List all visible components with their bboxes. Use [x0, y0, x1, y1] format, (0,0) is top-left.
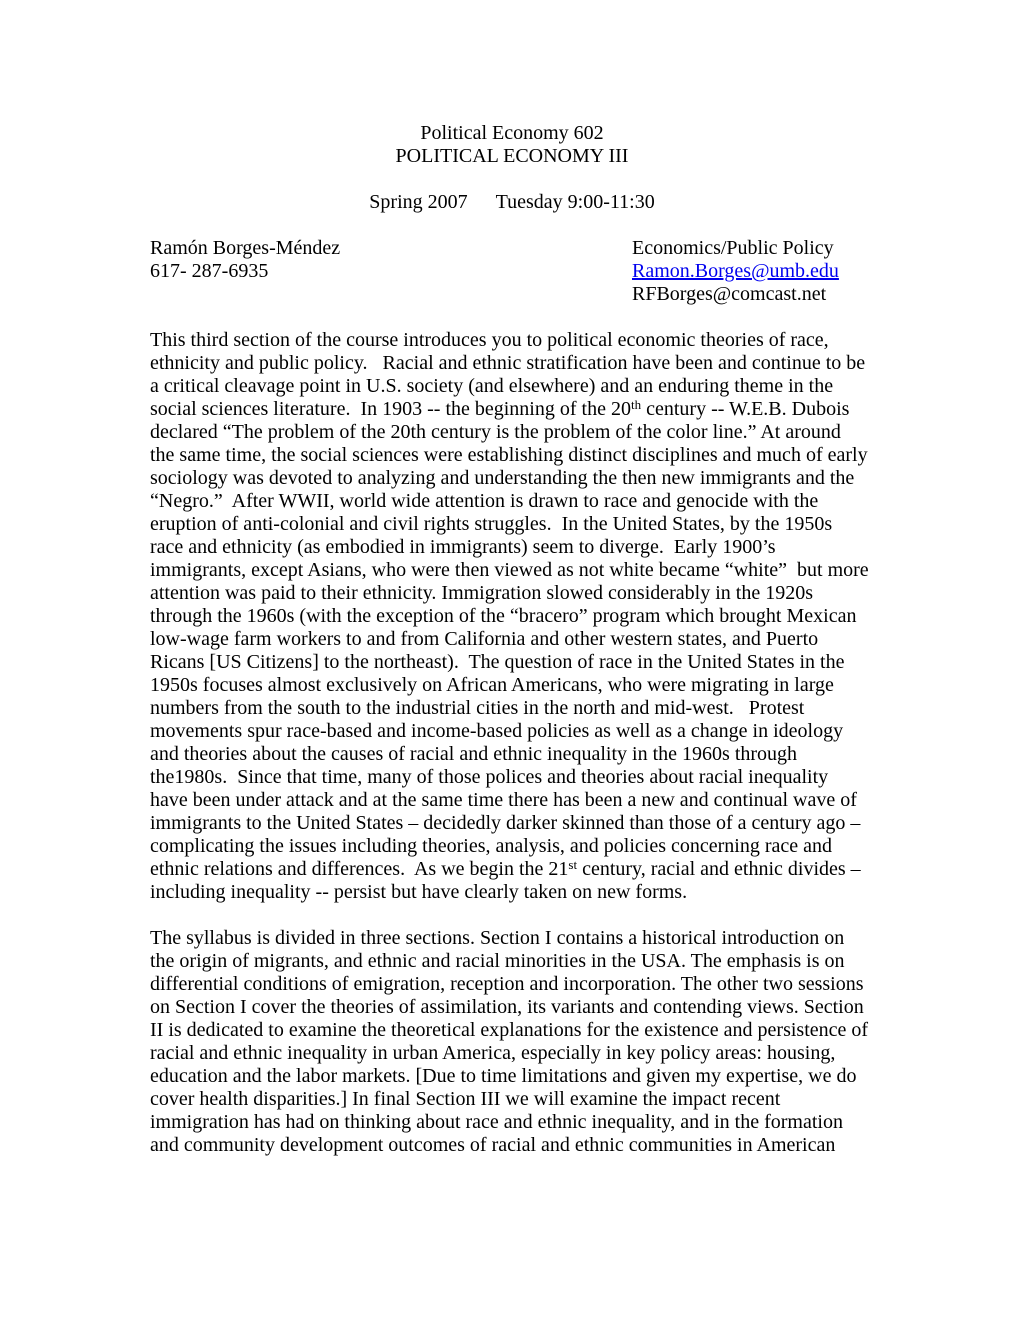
text-line: race and ethnicity (as embodied in immig… [150, 536, 874, 559]
text-line: social sciences literature. In 1903 -- t… [150, 398, 874, 421]
text-line: the1980s. Since that time, many of those… [150, 766, 874, 789]
schedule: Tuesday 9:00-11:30 [496, 191, 655, 213]
contact-left-empty [150, 283, 632, 306]
phone-number: 617- 287-6935 [150, 260, 632, 283]
text-line: have been under attack and at the same t… [150, 789, 874, 812]
instructor-name: Ramón Borges-Méndez [150, 237, 632, 260]
superscript: st [568, 857, 577, 872]
text-line: and community development outcomes of ra… [150, 1134, 874, 1157]
text-line: This third section of the course introdu… [150, 329, 874, 352]
paragraph-2: The syllabus is divided in three section… [150, 927, 874, 1157]
text-line: II is dedicated to examine the theoretic… [150, 1019, 874, 1042]
contact-row-phone-email: 617- 287-6935 Ramon.Borges@umb.edu [150, 260, 874, 283]
text-line: low-wage farm workers to and from Califo… [150, 628, 874, 651]
text-line: the origin of migrants, and ethnic and r… [150, 950, 874, 973]
blank-line [150, 214, 874, 237]
contact-row-instructor: Ramón Borges-Méndez Economics/Public Pol… [150, 237, 874, 260]
text-line: immigrants, except Asians, who were then… [150, 559, 874, 582]
text-line: complicating the issues including theori… [150, 835, 874, 858]
blank-line [150, 904, 874, 927]
contact-row-email-secondary: RFBorges@comcast.net [150, 283, 874, 306]
text-line: ethnicity and public policy. Racial and … [150, 352, 874, 375]
text-line: the same time, the social sciences were … [150, 444, 874, 467]
course-number: Political Economy 602 [150, 122, 874, 145]
document-body: This third section of the course introdu… [150, 329, 874, 1157]
document-content: Political Economy 602 POLITICAL ECONOMY … [150, 122, 874, 1157]
email-link[interactable]: Ramon.Borges@umb.edu [632, 260, 839, 283]
term-line: Spring 2007Tuesday 9:00-11:30 [150, 191, 874, 214]
text-line: a critical cleavage point in U.S. societ… [150, 375, 874, 398]
text-line: racial and ethnic inequality in urban Am… [150, 1042, 874, 1065]
text-line: numbers from the south to the industrial… [150, 697, 874, 720]
term: Spring 2007 [369, 191, 467, 213]
text-line: Ricans [US Citizens] to the northeast). … [150, 651, 874, 674]
text-line: declared “The problem of the 20th centur… [150, 421, 874, 444]
text-line: cover health disparities.] In final Sect… [150, 1088, 874, 1111]
text-line: including inequality -- persist but have… [150, 881, 874, 904]
text-line: sociology was devoted to analyzing and u… [150, 467, 874, 490]
blank-line [150, 306, 874, 329]
text-line: and theories about the causes of racial … [150, 743, 874, 766]
document-page: Political Economy 602 POLITICAL ECONOMY … [0, 0, 1020, 1320]
text-line: education and the labor markets. [Due to… [150, 1065, 874, 1088]
text-line: eruption of anti-colonial and civil righ… [150, 513, 874, 536]
text-line: 1950s focuses almost exclusively on Afri… [150, 674, 874, 697]
text-line: “Negro.” After WWII, world wide attentio… [150, 490, 874, 513]
text-line: immigrants to the United States – decide… [150, 812, 874, 835]
paragraph-1: This third section of the course introdu… [150, 329, 874, 904]
text-line: ethnic relations and differences. As we … [150, 858, 874, 881]
text-line: The syllabus is divided in three section… [150, 927, 874, 950]
text-line: through the 1960s (with the exception of… [150, 605, 874, 628]
course-title: POLITICAL ECONOMY III [150, 145, 874, 168]
text-line: differential conditions of emigration, r… [150, 973, 874, 996]
text-line: attention was paid to their ethnicity. I… [150, 582, 874, 605]
email-secondary: RFBorges@comcast.net [632, 283, 826, 306]
text-line: on Section I cover the theories of assim… [150, 996, 874, 1019]
superscript: th [631, 397, 641, 412]
text-line: movements spur race-based and income-bas… [150, 720, 874, 743]
text-line: immigration has had on thinking about ra… [150, 1111, 874, 1134]
blank-line [150, 168, 874, 191]
department: Economics/Public Policy [632, 237, 834, 260]
